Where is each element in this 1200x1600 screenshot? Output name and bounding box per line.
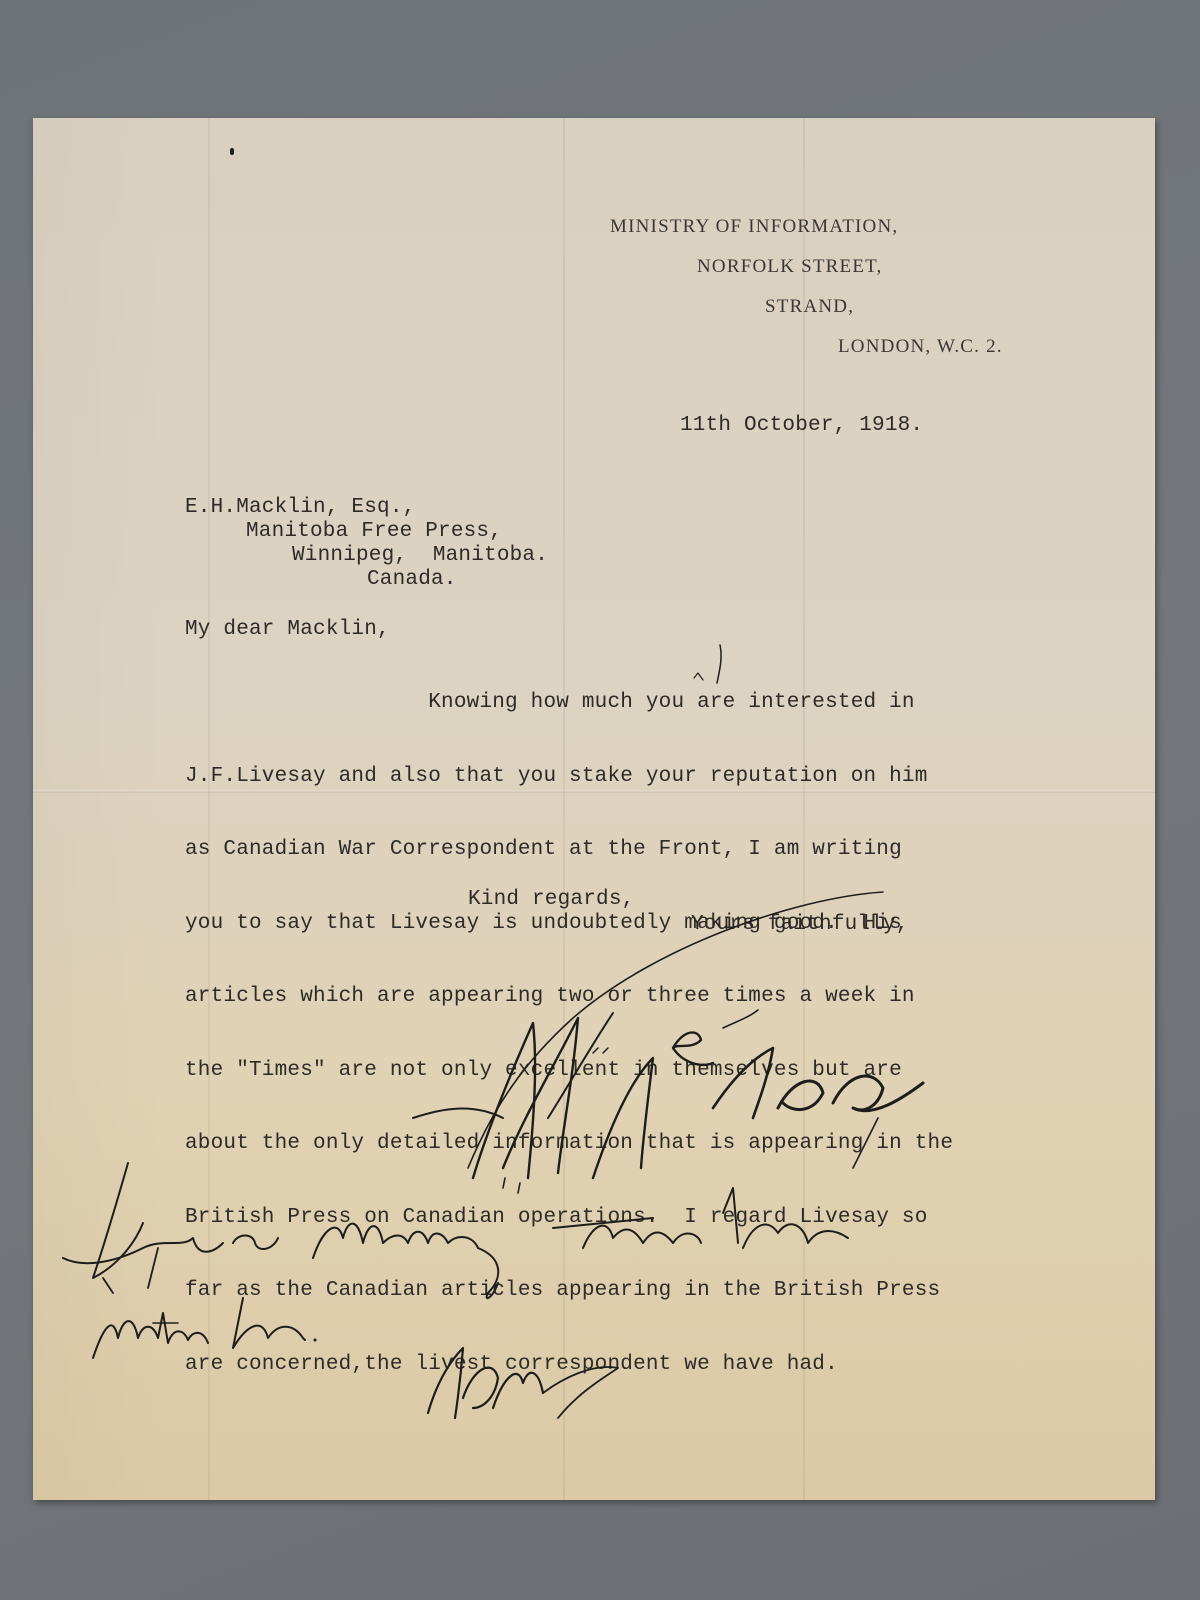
recipient-city: Winnipeg, Manitoba. xyxy=(292,544,548,569)
recipient-country: Canada. xyxy=(367,568,457,593)
body-line: as Canadian War Correspondent at the Fro… xyxy=(185,838,953,863)
recipient-name: E.H.Macklin, Esq., xyxy=(185,496,415,521)
closing-sign-off: Yours faithfully, xyxy=(691,913,909,938)
signature-text: A.D. McRae xyxy=(33,118,34,119)
ink-mark xyxy=(230,148,234,155)
body-line: articles which are appearing two or thre… xyxy=(185,985,953,1010)
handwritten-note-text-2: native here. xyxy=(33,118,34,119)
handwritten-initials-text: ADM xyxy=(33,118,34,119)
body-line: far as the Canadian articles appearing i… xyxy=(185,1279,953,1304)
body-line: J.F.Livesay and also that you stake your… xyxy=(185,765,953,790)
body-line: Knowing how much you are interested in xyxy=(185,691,953,716)
letter-date: 11th October, 1918. xyxy=(680,414,923,439)
body-line: about the only detailed information that… xyxy=(185,1132,953,1157)
closing-regards: Kind regards, xyxy=(468,888,634,913)
body-line: British Press on Canadian operations. I … xyxy=(185,1206,953,1231)
letterhead-city: LONDON, W.C. 2. xyxy=(838,336,1003,358)
letterhead-ministry: MINISTRY OF INFORMATION, xyxy=(610,216,898,238)
body-line: the "Times" are not only excellent in th… xyxy=(185,1059,953,1084)
letter-body: Knowing how much you are interested in J… xyxy=(185,642,953,1426)
body-line: are concerned,the livest correspondent w… xyxy=(185,1353,953,1378)
letter-page: MINISTRY OF INFORMATION, NORFOLK STREET,… xyxy=(33,118,1155,1500)
letterhead-street: NORFOLK STREET, xyxy=(697,256,882,278)
letterhead-district: STRAND, xyxy=(765,296,854,318)
salutation: My dear Macklin, xyxy=(185,618,390,643)
handwritten-note-text-1: Livesay is making things [illegible] xyxy=(33,118,34,119)
recipient-organization: Manitoba Free Press, xyxy=(246,520,502,545)
